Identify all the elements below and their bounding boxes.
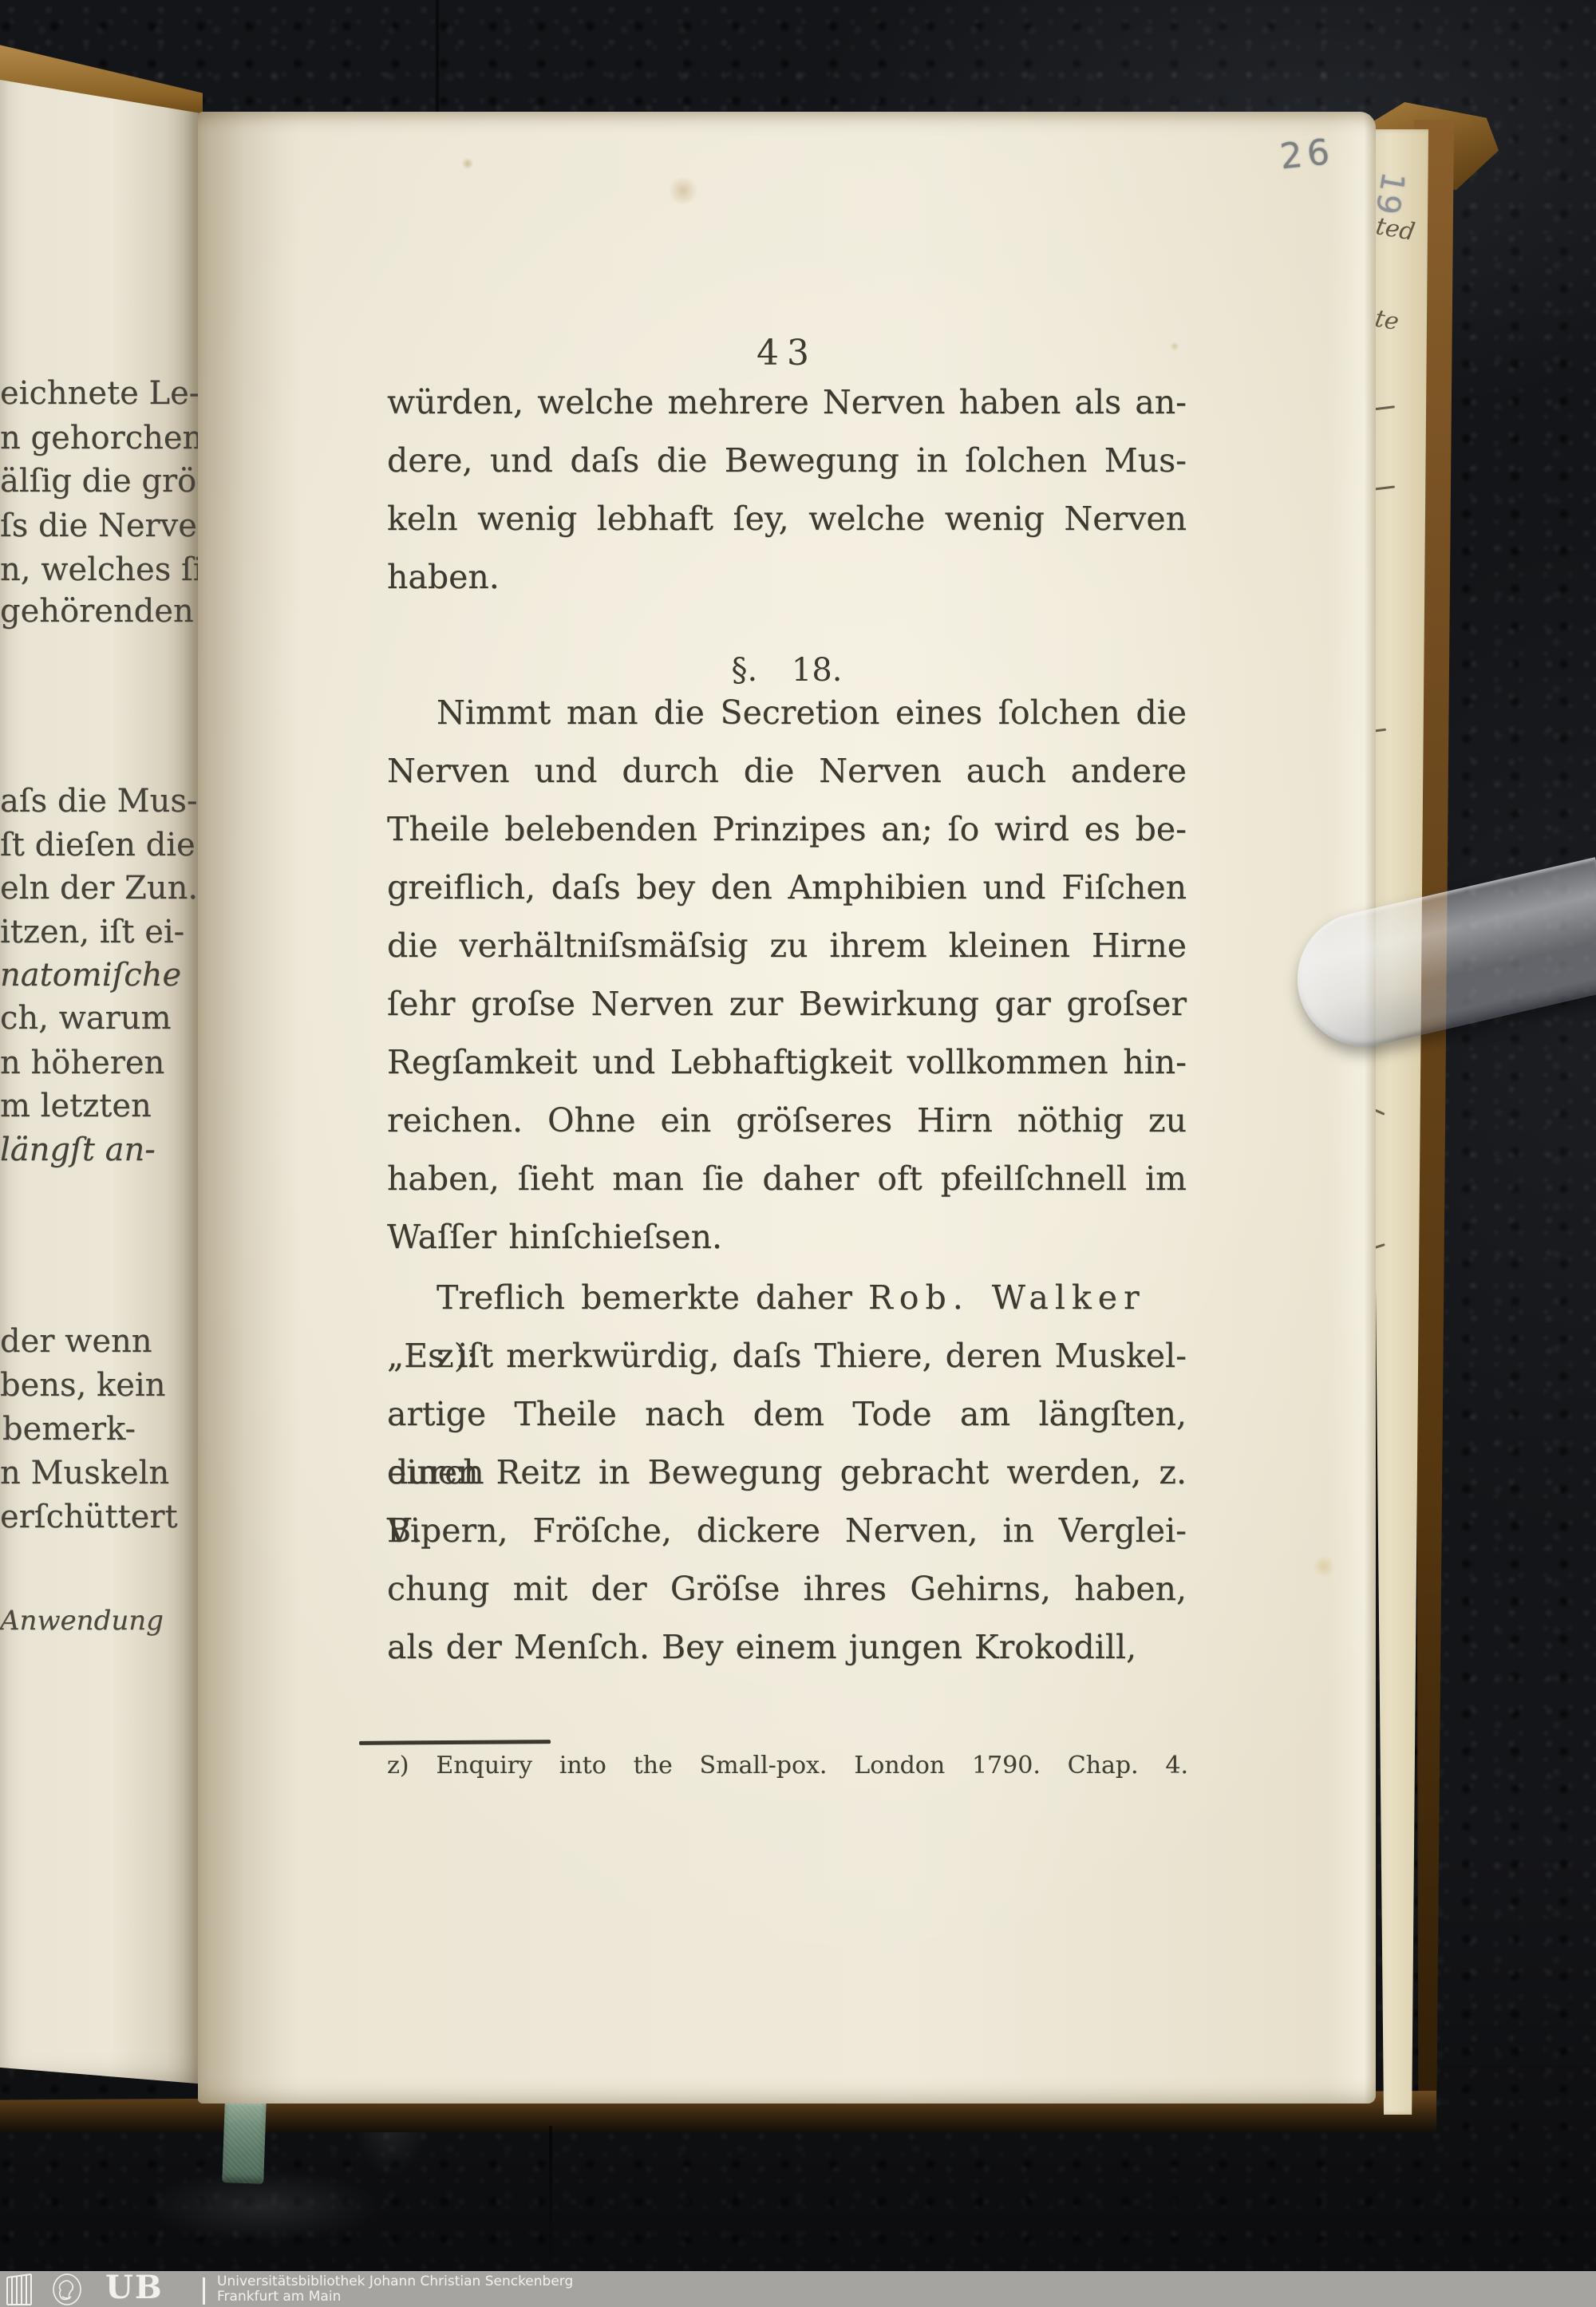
author-name: Rob. Walker [868,1278,1146,1317]
text-line: als der Menſch. Bey einem jungen Krokodi… [387,1618,1187,1677]
paragraph: würden, welche mehrere Nerven haben als … [387,373,1187,606]
previous-page-text-fragment: n höheren [0,1042,136,1084]
library-name-line2: Frankfurt am Main [217,2289,573,2305]
text-run: Treflich bemerkte daher [437,1278,868,1317]
previous-page-text-fragment: längſt an- [0,1129,136,1171]
gutter-shadow [198,112,302,2104]
foxing-stain [667,177,699,204]
previous-page-text-fragment: bens, kein [0,1365,136,1406]
pencil-page-annotation: 26 [1278,132,1337,178]
text-line: greiflich, daſs bey den Amphibien und Fi… [387,859,1187,917]
edge-ink-mark: te [1373,305,1400,337]
ribbon-bookmark [222,2100,267,2184]
previous-page-text-fragment: ch, warum [0,997,136,1039]
text-line-with-author: Treflich bemerkte daher Rob. Walker z): [387,1269,1187,1327]
logo-separator [203,2277,205,2305]
previous-page-text-fragment: eln der Zun. [0,867,136,909]
text-line: Regſamkeit und Lebhaftigkeit vollkommen … [387,1033,1187,1092]
text-line: Waſſer hinſchieſsen. [387,1208,1187,1266]
text-line: „Es iſt merkwürdig, daſs Thiere, deren M… [387,1327,1187,1385]
previous-page-text-fragment: m letzten [0,1085,136,1127]
library-name: Universitätsbibliothek Johann Christian … [217,2274,573,2305]
book-page: 26 43 würden, welche mehrere Nerven habe… [198,112,1376,2104]
board-shadow [549,2126,552,2277]
text-line: chung mit der Gröſse ihres Gehirns, habe… [387,1560,1187,1618]
text-line: Theile belebenden Prinzipes an; ſo wird … [387,800,1187,859]
edge-ink-mark: ted [1373,212,1416,247]
footnote-rule [359,1740,551,1745]
text-line: einen Reitz in Bewegung gebracht werden,… [387,1444,1187,1502]
previous-page-text-fragment: Anwendung [0,1600,136,1641]
text-line: Nimmt man die Secretion eines ſolchen di… [387,684,1187,742]
previous-page-text-fragment: erſchüttert [0,1496,136,1538]
previous-page-text-fragment: n, welches ſie [0,549,136,591]
foxing-stain [1312,1556,1336,1577]
text-line: Vipern, Fröſche, dickere Nerven, in Verg… [387,1502,1187,1560]
text-line: artige Theile nach dem Tode am längſten,… [387,1385,1187,1444]
previous-page-text-fragment: ſt dieſen die [0,824,136,866]
text-line: die verhältniſsmäſsig zu ihrem kleinen H… [387,917,1187,975]
previous-page-text-fragment: aſs die Mus- [0,780,136,822]
scanned-book-page: 19 ted te eichnete Le- n gehorchen- älſi… [0,0,1596,2307]
previous-page-text-fragment: natomiſche [0,954,136,996]
text-line: würden, welche mehrere Nerven haben als … [387,373,1187,432]
text-line: haben, ſieht man ſie daher oft pfeilſchn… [387,1150,1187,1208]
text-line: reichen. Ohne ein gröſseres Hirn nöthig … [387,1092,1187,1150]
text-line: keln wenig lebhaft ſey, welche wenig Ner… [387,490,1187,548]
footnote: z) Enquiry into the Small-pox. London 17… [387,1746,1188,1786]
previous-page-text-fragment: itzen, iſt ei- [0,911,136,953]
foxing-stain [461,158,474,169]
previous-page-text-fragment: bemerk- [0,1408,136,1450]
edge-ink-stroke [1374,485,1395,490]
library-logo-icon [5,2273,101,2306]
previous-page-edge: eichnete Le- n gehorchen- älſig die grö-… [0,48,201,2100]
library-logo-initials: UB [105,2269,164,2306]
library-name-line1: Universitätsbibliothek Johann Christian … [217,2274,573,2289]
text-line: Nerven und durch die Nerven auch andere [387,742,1187,800]
paragraph: „Es iſt merkwürdig, daſs Thiere, deren M… [387,1327,1187,1677]
previous-page-text-fragment: ſs die Nerven [0,505,136,547]
previous-page-text-fragment: älſig die grö- [0,460,136,502]
library-watermark-band: UB Universitätsbibliothek Johann Christi… [0,2271,1596,2307]
previous-page-text-fragment: eichnete Le- [0,373,136,414]
cover-hinge-crease [435,0,440,120]
previous-page-text-fragment: n gehorchen- [0,417,136,459]
text-line: ſehr groſse Nerven zur Bewirkung gar gro… [387,975,1187,1033]
previous-page-text-fragment: n Muskeln [0,1452,136,1494]
previous-page-text-fragment: der wenn [0,1321,136,1362]
text-line: dere, und daſs die Bewegung in ſolchen M… [387,432,1187,490]
previous-page-text-fragment: gehörenden [0,591,136,632]
paragraph: Nimmt man die Secretion eines ſolchen di… [387,684,1187,1266]
text-line: haben. [387,548,1187,606]
